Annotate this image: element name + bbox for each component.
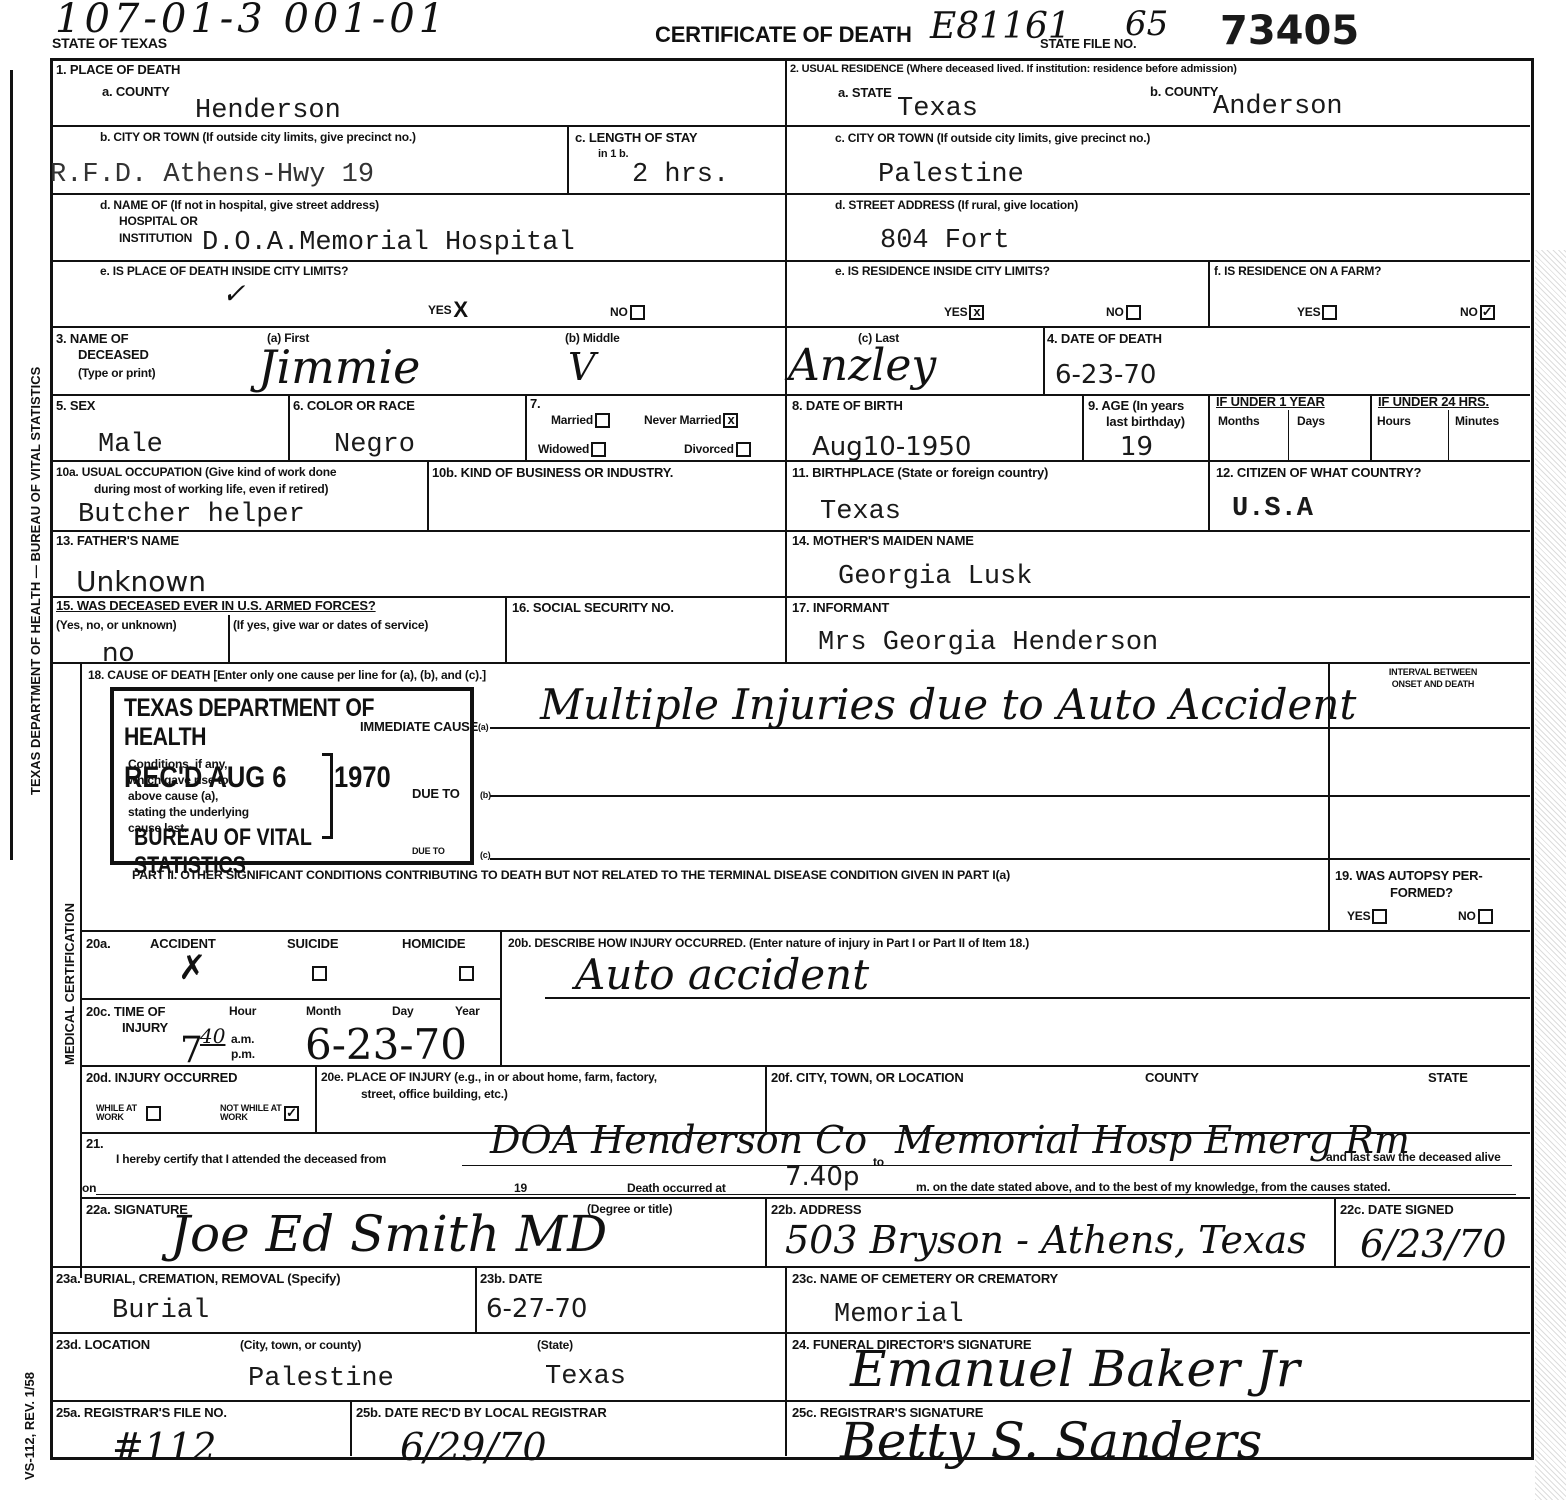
- rule: [475, 1266, 477, 1332]
- while-at-work-label: WHILE AT WORK: [96, 1104, 144, 1122]
- checkbox[interactable]: [591, 442, 606, 457]
- name-label-1: 3. NAME OF: [56, 331, 128, 346]
- birthplace-label: 11. BIRTHPLACE (State or foreign country…: [792, 465, 1048, 480]
- checkbox-checked[interactable]: x: [969, 305, 984, 320]
- length-of-stay-sub: in 1 b.: [598, 148, 628, 160]
- rule: [1288, 410, 1289, 460]
- autopsy-no[interactable]: NO: [1458, 909, 1493, 924]
- dob-value: Aug10-1950: [812, 432, 971, 462]
- form-number: VS-112, REV. 1/58: [22, 1372, 37, 1480]
- minutes-label: Minutes: [1455, 414, 1499, 428]
- cert-text-3: m. on the date stated above, and to the …: [916, 1180, 1390, 1194]
- checkbox[interactable]: [1478, 909, 1493, 924]
- burial-city-value: Palestine: [248, 1364, 394, 1394]
- residence-label: 2. USUAL RESIDENCE (Where deceased lived…: [790, 63, 1237, 75]
- divorced-label: Divorced: [684, 442, 734, 456]
- stamp-line-2: REC'D AUG 6: [124, 761, 286, 795]
- place-of-injury-label: 20e. PLACE OF INJURY (e.g., in or about …: [321, 1070, 657, 1084]
- degree-label: (Degree or title): [587, 1202, 672, 1216]
- disposition-value: Burial: [112, 1296, 209, 1326]
- year-label: Year: [455, 1004, 480, 1018]
- rule: [1334, 1197, 1336, 1266]
- c-marker: (c): [480, 850, 490, 860]
- rule: [50, 1266, 1530, 1268]
- name-label-2: DECEASED: [78, 347, 149, 362]
- rule: [505, 596, 507, 662]
- father-label: 13. FATHER'S NAME: [56, 533, 179, 548]
- death-inside-no[interactable]: NO: [610, 305, 645, 320]
- months-label: Months: [1218, 414, 1259, 428]
- rule: [567, 125, 569, 193]
- death-inside-yes[interactable]: YESX: [428, 303, 464, 317]
- checkbox-checked[interactable]: ✓: [284, 1106, 299, 1121]
- rule: [50, 460, 1530, 462]
- burial-city-sub: (City, town, or county): [240, 1338, 361, 1352]
- a-marker: (a): [478, 722, 488, 732]
- yes-label: YES: [1347, 909, 1370, 923]
- middle-name-label: (b) Middle: [565, 331, 620, 345]
- b-marker: (b): [480, 790, 491, 800]
- death-city-value: R.F.D. Athens-Hwy 19: [50, 160, 374, 190]
- rule: [80, 1065, 1530, 1067]
- under-1-year-label: IF UNDER 1 YEAR: [1216, 394, 1325, 409]
- rule: [50, 326, 1530, 328]
- no-label: NO: [610, 305, 628, 319]
- pm-label: p.m.: [231, 1047, 255, 1061]
- yes-label: YES: [428, 303, 451, 317]
- rule: [288, 394, 290, 460]
- residence-city-label: c. CITY OR TOWN (If outside city limits,…: [835, 131, 1150, 145]
- injury-county-label: COUNTY: [1145, 1070, 1199, 1085]
- manner-num: 20a.: [86, 936, 111, 951]
- cert-text-1: I hereby certify that I attended the dec…: [116, 1152, 386, 1166]
- registrar-file-label: 25a. REGISTRAR'S FILE NO.: [56, 1405, 227, 1420]
- ssn-label: 16. SOCIAL SECURITY NO.: [512, 600, 674, 615]
- month-label: Month: [306, 1004, 341, 1018]
- death-time-value: 7.40p: [785, 1162, 859, 1192]
- rule: [50, 1400, 1530, 1402]
- dob-label: 8. DATE OF BIRTH: [792, 398, 903, 413]
- suicide-label: SUICIDE: [287, 936, 338, 951]
- occupation-value: Butcher helper: [78, 500, 305, 530]
- checkbox[interactable]: [1372, 909, 1387, 924]
- rule: [1448, 410, 1449, 460]
- name-label-3: (Type or print): [78, 366, 155, 380]
- informant-label: 17. INFORMANT: [792, 600, 889, 615]
- residence-state-label: a. STATE: [838, 85, 892, 100]
- am-label: a.m.: [231, 1032, 254, 1046]
- marital-widowed[interactable]: Widowed: [538, 442, 606, 457]
- checkbox-checked[interactable]: X: [453, 305, 464, 316]
- accident-check[interactable]: ✗: [178, 948, 207, 988]
- father-value: Unknown: [76, 565, 206, 598]
- length-of-stay-value: 2 hrs.: [632, 160, 729, 190]
- dept-margin-text: TEXAS DEPARTMENT OF HEALTH — BUREAU OF V…: [28, 367, 43, 795]
- citizen-label: 12. CITIZEN OF WHAT COUNTRY?: [1216, 465, 1421, 480]
- mother-value: Georgia Lusk: [838, 562, 1032, 592]
- time-label-1: 20c. TIME OF: [86, 1004, 165, 1019]
- marital-never-married[interactable]: Never Marriedx: [644, 413, 738, 428]
- interval-label: INTERVAL BETWEEN ONSET AND DEATH: [1378, 666, 1488, 690]
- homicide-checkbox[interactable]: [459, 966, 474, 981]
- length-of-stay-label: c. LENGTH OF STAY: [575, 130, 697, 145]
- date-of-death-label: 4. DATE OF DEATH: [1047, 331, 1162, 346]
- autopsy-yes[interactable]: YES: [1347, 909, 1387, 924]
- under-24-hrs-label: IF UNDER 24 HRS.: [1378, 394, 1489, 409]
- widowed-label: Widowed: [538, 442, 589, 456]
- armed-sub-2: (If yes, give war or dates of service): [233, 618, 428, 632]
- immediate-cause-value: Multiple Injuries due to Auto Accident: [540, 680, 1356, 729]
- marital-married[interactable]: Married: [551, 413, 610, 428]
- rule: [80, 930, 1530, 932]
- hours-label: Hours: [1377, 414, 1411, 428]
- place-of-death-label: 1. PLACE OF DEATH: [56, 62, 180, 77]
- rule: [785, 58, 787, 663]
- days-label: Days: [1297, 414, 1325, 428]
- cemetery-value: Memorial: [834, 1300, 964, 1330]
- physician-address: 503 Bryson - Athens, Texas: [785, 1218, 1307, 1262]
- death-city-label: b. CITY OR TOWN (If outside city limits,…: [100, 130, 416, 144]
- rule: [50, 193, 1530, 195]
- registrar-date-label: 25b. DATE REC'D BY LOCAL REGISTRAR: [356, 1405, 607, 1420]
- burial-date-label: 23b. DATE: [480, 1271, 542, 1286]
- cert-on: on: [82, 1181, 96, 1195]
- residence-inside-yes[interactable]: YESx: [944, 305, 984, 320]
- burial-state-sub: (State): [537, 1338, 573, 1352]
- armed-value: no: [102, 638, 134, 668]
- cert-text-2: and last saw the deceased alive: [1326, 1150, 1501, 1164]
- hospital-label: d. NAME OF (If not in hospital, give str…: [100, 198, 379, 212]
- death-county-label: a. COUNTY: [102, 84, 170, 99]
- armed-sub-1: (Yes, no, or unknown): [56, 618, 176, 632]
- checkmark: ✓: [222, 277, 245, 310]
- stamp-line-1: TEXAS DEPARTMENT OF HEALTH: [124, 694, 418, 752]
- checkbox[interactable]: [595, 413, 610, 428]
- scan-noise: [1535, 250, 1566, 1500]
- part-2-label: PART II. OTHER SIGNIFICANT CONDITIONS CO…: [132, 868, 1010, 882]
- residence-inside-no[interactable]: NO: [1106, 305, 1141, 320]
- burial-date-value: 6-27-70: [486, 1294, 587, 1324]
- cert-year-prefix: 19: [514, 1181, 527, 1195]
- rule: [1370, 394, 1372, 460]
- race-value: Negro: [334, 430, 415, 460]
- cause-label: 18. CAUSE OF DEATH [Enter only one cause…: [88, 668, 486, 682]
- hospital-value: D.O.A.Memorial Hospital: [202, 228, 575, 258]
- cert-num: 21.: [86, 1136, 103, 1151]
- rule: [1208, 260, 1210, 326]
- cemetery-label: 23c. NAME OF CEMETERY OR CREMATORY: [792, 1271, 1058, 1286]
- citizen-value: U.S.A: [1232, 494, 1313, 524]
- homicide-label: HOMICIDE: [402, 936, 465, 951]
- checkbox[interactable]: [736, 442, 751, 457]
- underline: [462, 1165, 1512, 1166]
- rule: [1082, 394, 1084, 460]
- certificate-title: CERTIFICATE OF DEATH: [655, 22, 912, 48]
- occupation-label-2: during most of working life, even if ret…: [94, 482, 328, 496]
- death-county-value: Henderson: [195, 96, 341, 126]
- injury-minute: 40: [200, 1024, 225, 1048]
- checkbox[interactable]: [146, 1106, 161, 1121]
- marital-label: 7.: [530, 396, 540, 411]
- death-inside-limits-label: e. IS PLACE OF DEATH INSIDE CITY LIMITS?: [100, 264, 348, 278]
- date-signed-value: 6/23/70: [1360, 1222, 1507, 1266]
- no-label: NO: [1106, 305, 1124, 319]
- not-while-at-work-label: NOT WHILE AT WORK: [220, 1104, 282, 1122]
- rule: [490, 795, 1530, 797]
- rule: [80, 1197, 1530, 1199]
- stamp-line-3: 1970: [334, 761, 391, 795]
- death-occurred-label: Death occurred at: [627, 1181, 726, 1195]
- not-while-at-work[interactable]: NOT WHILE AT WORK✓: [220, 1104, 320, 1122]
- autopsy-label-2: FORMED?: [1390, 885, 1453, 900]
- rule: [1043, 326, 1045, 394]
- farm-no[interactable]: NO✓: [1460, 305, 1495, 320]
- state-file-number: 73405: [1220, 8, 1359, 54]
- cert-to: to: [873, 1155, 884, 1169]
- time-label-2: INJURY: [122, 1020, 168, 1035]
- middle-name-value: V: [568, 345, 595, 389]
- rule: [50, 260, 1530, 262]
- residence-county-value: Anderson: [1213, 92, 1343, 122]
- date-of-death-value: 6-23-70: [1055, 360, 1156, 390]
- residence-inside-limits-label: e. IS RESIDENCE INSIDE CITY LIMITS?: [835, 264, 1050, 278]
- hospital-label-2: HOSPITAL OR: [119, 214, 198, 228]
- occupation-label: 10a. USUAL OCCUPATION (Give kind of work…: [56, 465, 336, 479]
- suicide-checkbox[interactable]: [312, 966, 327, 981]
- no-label: NO: [1460, 305, 1478, 319]
- registrar-signature: Betty S. Sanders: [840, 1412, 1262, 1470]
- checkbox[interactable]: [1322, 305, 1337, 320]
- handwritten-ref2: 65: [1125, 4, 1168, 44]
- hospital-label-3: INSTITUTION: [119, 231, 192, 245]
- yes-label: YES: [1297, 305, 1320, 319]
- age-label-1: 9. AGE (In years: [1088, 398, 1184, 413]
- marital-divorced[interactable]: Divorced: [684, 442, 751, 457]
- sex-label: 5. SEX: [56, 398, 95, 413]
- injury-date: 6-23-70: [305, 1020, 467, 1069]
- rule: [525, 394, 527, 460]
- birthplace-value: Texas: [820, 497, 901, 527]
- checkbox[interactable]: [630, 305, 645, 320]
- checkbox[interactable]: [1126, 305, 1141, 320]
- last-name-value: Anzley: [788, 340, 936, 391]
- rule: [785, 1266, 787, 1456]
- informant-value: Mrs Georgia Henderson: [818, 628, 1158, 658]
- left-margin-line: [10, 70, 13, 860]
- state-of-texas: STATE OF TEXAS: [52, 35, 167, 51]
- age-label-2: last birthday): [1106, 414, 1185, 429]
- rule: [490, 858, 1530, 860]
- registrar-file-value: #112: [112, 1425, 216, 1469]
- burial-state-value: Texas: [545, 1362, 626, 1392]
- state-file-label: STATE FILE NO.: [1040, 36, 1136, 51]
- rule: [228, 615, 230, 662]
- rule: [1208, 394, 1210, 530]
- rule: [50, 662, 1530, 664]
- no-label: NO: [1458, 909, 1476, 923]
- rule: [500, 930, 502, 1065]
- rule: [765, 1197, 767, 1266]
- never-married-label: Never Married: [644, 413, 721, 427]
- yes-label: YES: [944, 305, 967, 319]
- underline: [96, 1194, 1516, 1195]
- age-value: 19: [1120, 432, 1153, 462]
- while-at-work[interactable]: WHILE AT WORK: [96, 1104, 166, 1122]
- farm-label: f. IS RESIDENCE ON A FARM?: [1214, 264, 1381, 278]
- injury-occurred-label: 20d. INJURY OCCURRED: [86, 1070, 237, 1085]
- rule: [80, 998, 500, 1000]
- residence-county-label: b. COUNTY: [1150, 84, 1218, 99]
- armed-forces-label: 15. WAS DECEASED EVER IN U.S. ARMED FORC…: [56, 598, 376, 613]
- business-label: 10b. KIND OF BUSINESS OR INDUSTRY.: [432, 465, 673, 480]
- received-stamp: TEXAS DEPARTMENT OF HEALTH REC'D AUG 6 1…: [110, 687, 474, 865]
- physician-signature: Joe Ed Smith MD: [170, 1205, 607, 1263]
- rule: [427, 460, 429, 530]
- rule: [50, 1332, 1530, 1334]
- residence-state-value: Texas: [897, 94, 978, 124]
- married-label: Married: [551, 413, 593, 427]
- autopsy-label-1: 19. WAS AUTOPSY PER-: [1335, 868, 1482, 883]
- day-label: Day: [392, 1004, 413, 1018]
- funeral-director-signature: Emanuel Baker Jr: [850, 1340, 1300, 1398]
- address-label: 22b. ADDRESS: [771, 1202, 861, 1217]
- rule: [350, 1400, 352, 1456]
- cert-from-value: DOA Henderson Co: [490, 1118, 867, 1162]
- street-address-value: 804 Fort: [880, 226, 1010, 256]
- checkbox-checked[interactable]: ✓: [1480, 305, 1495, 320]
- hour-label: Hour: [229, 1004, 256, 1018]
- describe-value: Auto accident: [575, 950, 869, 999]
- residence-city-value: Palestine: [878, 160, 1024, 190]
- injury-location-label: 20f. CITY, TOWN, OR LOCATION: [771, 1070, 964, 1085]
- checkbox-checked[interactable]: x: [723, 413, 738, 428]
- disposition-label: 23a. BURIAL, CREMATION, REMOVAL (Specify…: [56, 1271, 340, 1286]
- rule: [50, 530, 1530, 532]
- race-label: 6. COLOR OR RACE: [293, 398, 415, 413]
- registrar-date-value: 6/29/70: [400, 1425, 547, 1469]
- injury-state-label: STATE: [1428, 1070, 1468, 1085]
- street-address-label: d. STREET ADDRESS (If rural, give locati…: [835, 198, 1078, 212]
- date-signed-label: 22c. DATE SIGNED: [1340, 1202, 1454, 1217]
- sex-value: Male: [98, 430, 163, 460]
- first-name-value: Jimmie: [258, 340, 420, 394]
- burial-location-label: 23d. LOCATION: [56, 1337, 150, 1352]
- place-of-injury-label-2: street, office building, etc.): [361, 1087, 508, 1101]
- describe-label: 20b. DESCRIBE HOW INJURY OCCURRED. (Ente…: [508, 936, 1029, 950]
- mother-label: 14. MOTHER'S MAIDEN NAME: [792, 533, 974, 548]
- farm-yes[interactable]: YES: [1297, 305, 1337, 320]
